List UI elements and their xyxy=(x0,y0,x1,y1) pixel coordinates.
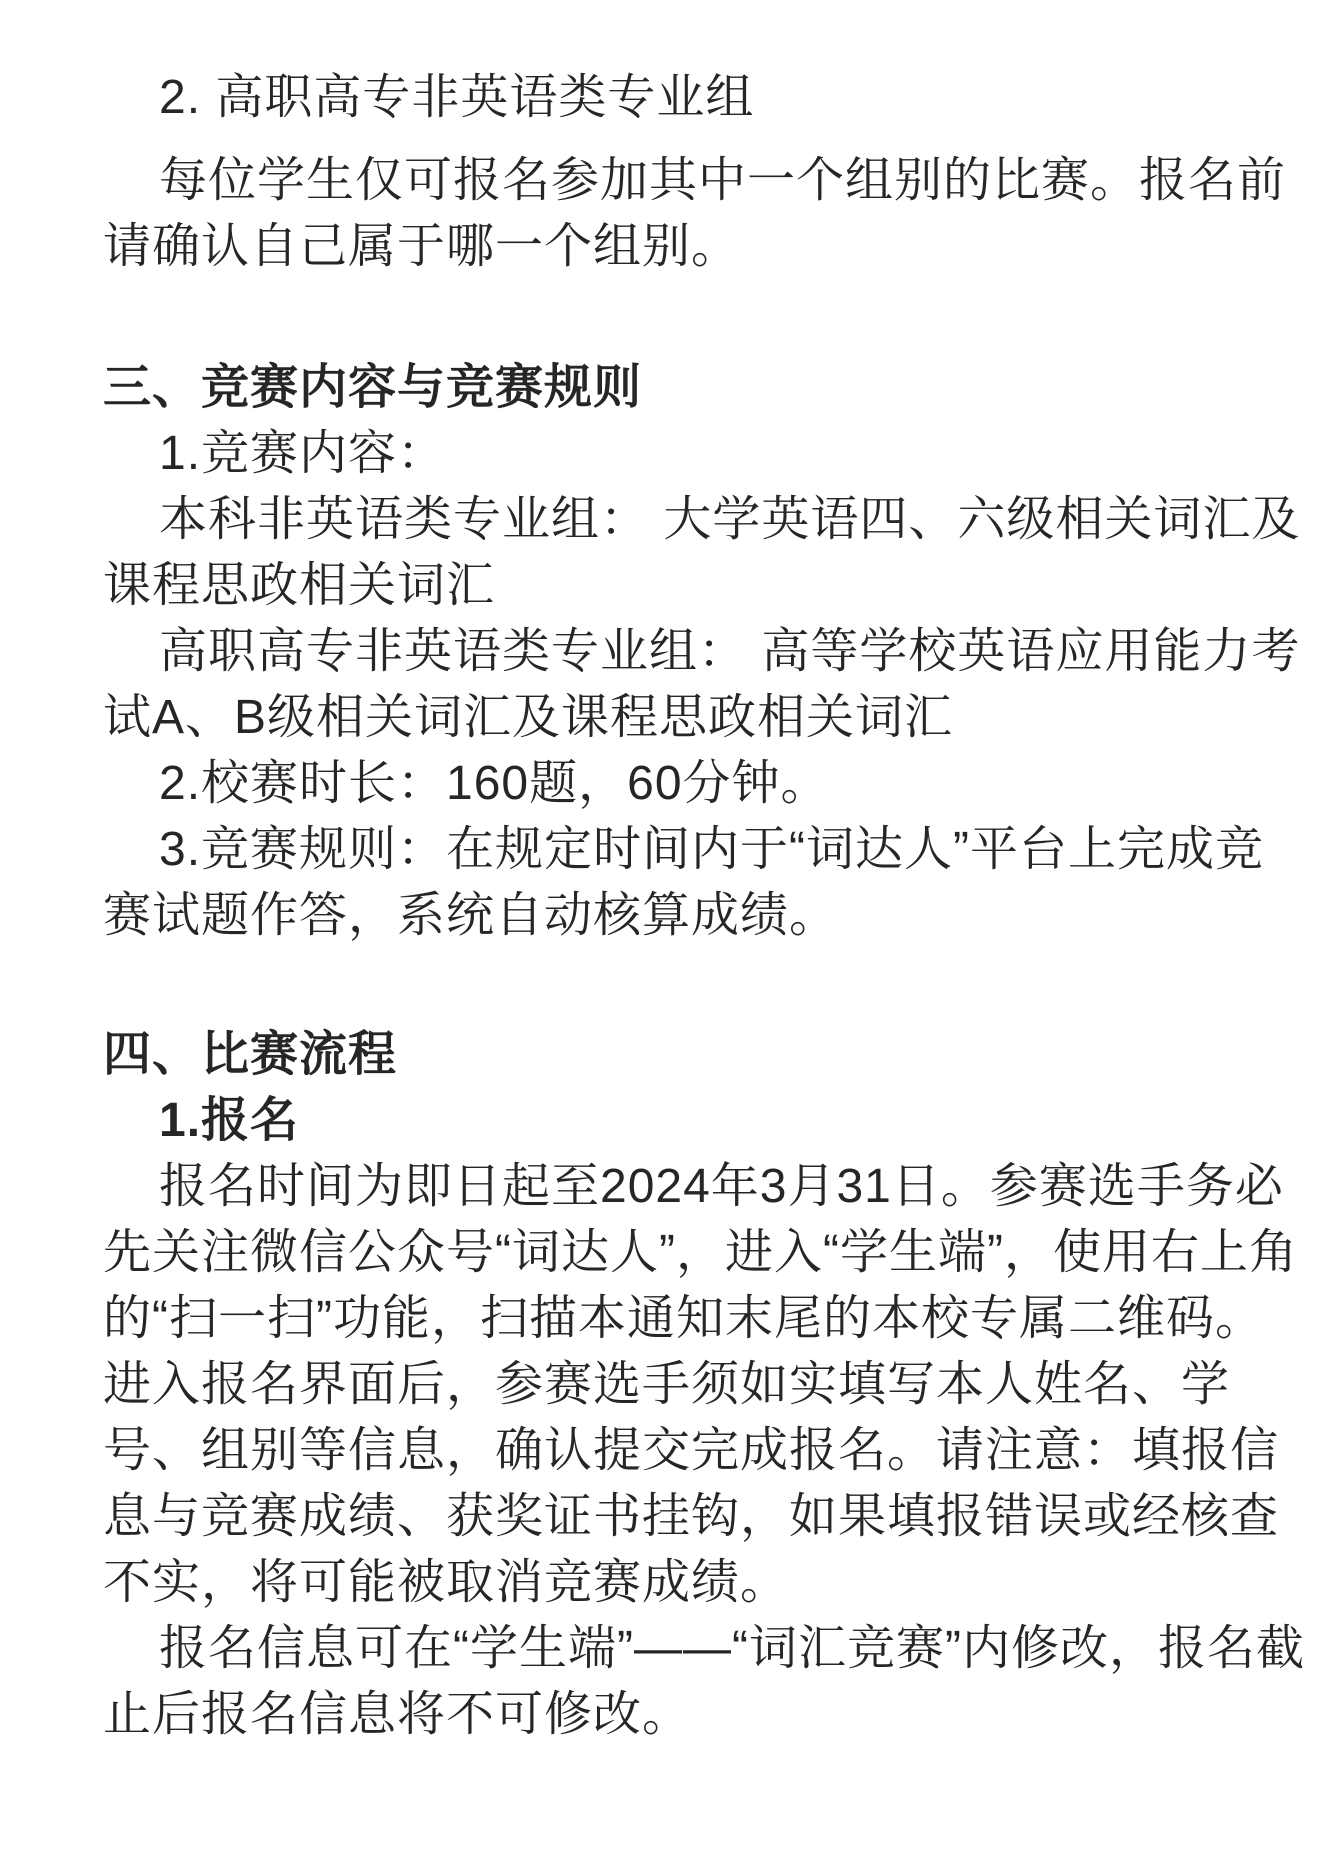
doc-line: 请确认自己属于哪一个组别。 xyxy=(103,214,1242,280)
doc-line: 课程思政相关词汇 xyxy=(103,553,1242,619)
doc-line: 赛试题作答，系统自动核算成绩。 xyxy=(103,883,1242,949)
paragraph: 本科非英语类专业组： 大学英语四、六级相关词汇及 课程思政相关词汇 xyxy=(103,487,1242,619)
section-heading-4: 四、比赛流程 xyxy=(103,1022,1242,1088)
paragraph: 高职高专非英语类专业组： 高等学校英语应用能力考 试A、B级相关词汇及课程思政相… xyxy=(103,619,1242,751)
doc-line: 报名时间为即日起至2024年3月31日。参赛选手务必 xyxy=(103,1154,1242,1220)
doc-line: 1.报名 xyxy=(103,1088,1242,1154)
doc-line: 号、组别等信息，确认提交完成报名。请注意：填报信 xyxy=(103,1418,1242,1484)
doc-line: 息与竞赛成绩、获奖证书挂钩，如果填报错误或经核查 xyxy=(103,1484,1242,1550)
doc-line: 3.竞赛规则：在规定时间内于“词达人”平台上完成竞 xyxy=(103,817,1242,883)
doc-line: 报名信息可在“学生端”——“词汇竞赛”内修改，报名截 xyxy=(103,1616,1242,1682)
doc-line: 先关注微信公众号“词达人”，进入“学生端”，使用右上角 xyxy=(103,1220,1242,1286)
doc-line: 2.校赛时长：160题，60分钟。 xyxy=(103,751,1242,817)
list-item: 2. 高职高专非英语类专业组 xyxy=(103,65,1242,131)
subsection-heading: 1.报名 xyxy=(103,1088,1242,1154)
paragraph: 3.竞赛规则：在规定时间内于“词达人”平台上完成竞 赛试题作答，系统自动核算成绩… xyxy=(103,817,1242,949)
doc-line: 本科非英语类专业组： 大学英语四、六级相关词汇及 xyxy=(103,487,1242,553)
doc-line: 不实，将可能被取消竞赛成绩。 xyxy=(103,1550,1242,1616)
doc-line: 进入报名界面后，参赛选手须如实填写本人姓名、学 xyxy=(103,1352,1242,1418)
doc-line: 试A、B级相关词汇及课程思政相关词汇 xyxy=(103,685,1242,751)
doc-line: 1.竞赛内容： xyxy=(103,421,1242,487)
doc-line: 每位学生仅可报名参加其中一个组别的比赛。报名前 xyxy=(103,148,1242,214)
section-heading-3: 三、竞赛内容与竞赛规则 xyxy=(103,355,1242,421)
doc-line: 高职高专非英语类专业组： 高等学校英语应用能力考 xyxy=(103,619,1242,685)
paragraph: 1.竞赛内容： xyxy=(103,421,1242,487)
doc-line: 四、比赛流程 xyxy=(103,1022,1242,1088)
doc-line: 止后报名信息将不可修改。 xyxy=(103,1682,1242,1748)
doc-line: 三、竞赛内容与竞赛规则 xyxy=(103,355,1242,421)
paragraph: 每位学生仅可报名参加其中一个组别的比赛。报名前 请确认自己属于哪一个组别。 xyxy=(103,148,1242,280)
doc-line: 的“扫一扫”功能，扫描本通知末尾的本校专属二维码。 xyxy=(103,1286,1242,1352)
document-page: 2. 高职高专非英语类专业组 每位学生仅可报名参加其中一个组别的比赛。报名前 请… xyxy=(0,0,1322,1871)
paragraph: 报名时间为即日起至2024年3月31日。参赛选手务必 先关注微信公众号“词达人”… xyxy=(103,1154,1242,1616)
paragraph: 2.校赛时长：160题，60分钟。 xyxy=(103,751,1242,817)
paragraph: 报名信息可在“学生端”——“词汇竞赛”内修改，报名截 止后报名信息将不可修改。 xyxy=(103,1616,1242,1748)
doc-line: 2. 高职高专非英语类专业组 xyxy=(103,65,1242,131)
